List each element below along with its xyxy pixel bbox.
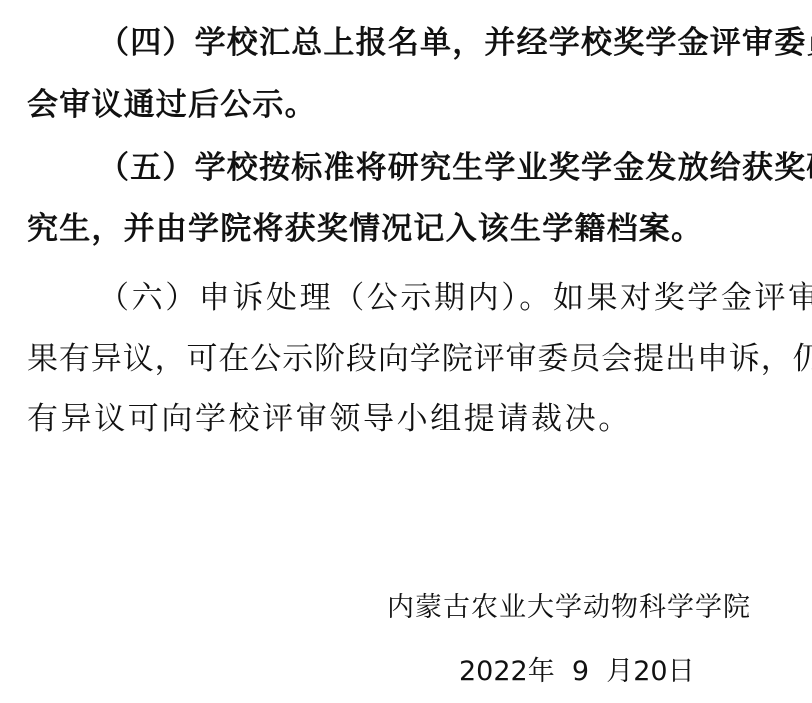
paragraph-line: 究生，并由学院将获奖情况记入该生学籍档案。 — [27, 209, 703, 249]
paragraph-line: 会审议通过后公示。 — [27, 85, 317, 125]
signature-date: 2022年 9 月20日 — [459, 654, 695, 690]
paragraph-line: 有异议可向学校评审领导小组提请裁决。 — [27, 399, 632, 439]
paragraph-line: （四）学校汇总上报名单，并经学校奖学金评审委员 — [98, 23, 812, 63]
paragraph-line: （五）学校按标准将研究生学业奖学金发放给获奖研 — [98, 148, 812, 188]
signature-organization: 内蒙古农业大学动物科学学院 — [387, 590, 751, 626]
paragraph-line: 果有异议，可在公示阶段向学院评审委员会提出申诉，仍 — [27, 339, 812, 379]
paragraph-line: （六）申诉处理（公示期内）。如果对奖学金评审结 — [98, 278, 812, 318]
